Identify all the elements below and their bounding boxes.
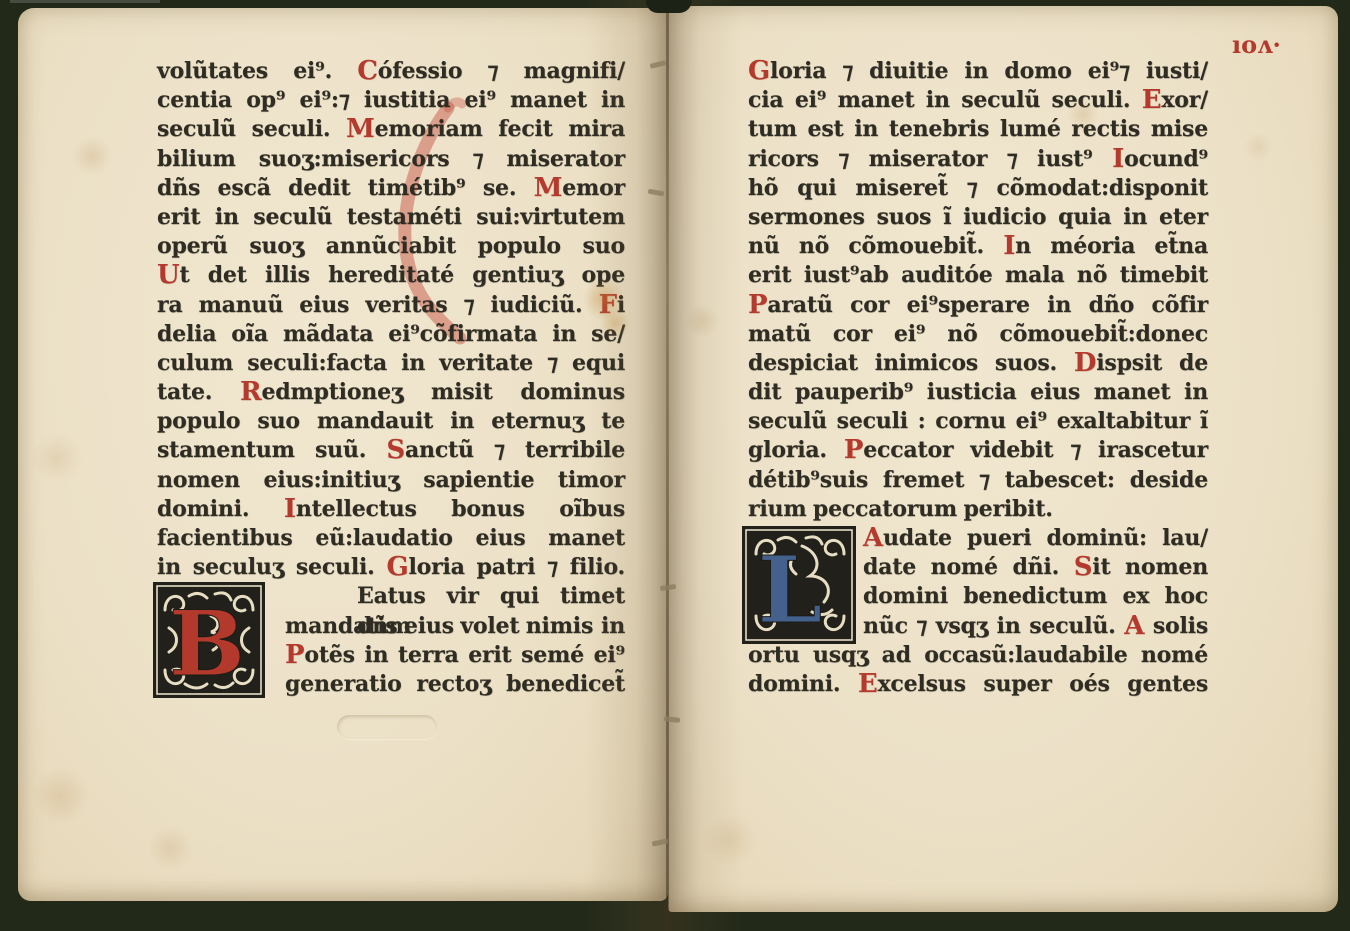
text-line: tum est in tenebris lumé rectis mise (748, 115, 1208, 144)
woodcut-initial-B: B (153, 582, 265, 698)
text-segment: hõ qui miseret̃ ⁊ cõmodat:disponit (748, 175, 1208, 201)
text-line: facientibus eũ:laudatio eius manet (157, 524, 625, 553)
text-line: delia oĩa mãdata ei⁹cõfirmata in se/ (157, 320, 625, 349)
rubric-initial: I (284, 494, 296, 524)
text-line: despiciat inimicos suos. Dispsit de (748, 349, 1208, 378)
rubric-initial: G (748, 56, 770, 86)
foxing-stain (30, 432, 84, 484)
text-line: hõ qui miseret̃ ⁊ cõmodat:disponit (748, 174, 1208, 203)
text-segment: nũc ⁊ vsqʒ in seculũ. (863, 613, 1124, 639)
text-line: ortu usqʒ ad occasũ:laudabile nomé (748, 641, 1208, 670)
text-line: erit in seculũ testaméti sui:virtutem (157, 203, 625, 232)
text-segment: rium peccatorum peribit. (748, 496, 1053, 522)
rubric-initial: P (285, 640, 304, 670)
woodcut-initial-L: L (742, 526, 856, 644)
text-segment: ntellectus bonus oĩbus (296, 496, 625, 522)
text-segment: ra manuũ eius veritas ⁊ iudiciũ. (157, 292, 599, 318)
text-segment: operũ suoʒ annũciabit populo suo (157, 233, 625, 259)
text-line: populo suo mandauit in eternuʒ te (157, 407, 625, 436)
text-segment: otẽs in terra erit semé ei⁹ (304, 642, 625, 668)
rubric-initial: A (1124, 611, 1144, 641)
text-line: bilium suoʒ:misericors ⁊ miserator (157, 145, 625, 174)
text-segment: despiciat inimicos suos. (748, 350, 1074, 376)
rubric-initial: F (599, 290, 617, 320)
text-segment: nomen eius:initiuʒ sapientie timor (157, 467, 625, 493)
text-segment: ricors ⁊ miserator ⁊ iust⁹ (748, 146, 1112, 172)
text-line: stamentum suũ. Sanctũ ⁊ terribile (157, 436, 625, 465)
text-segment: n méoria et̃na (1015, 233, 1208, 259)
book-scan: volũtates ei⁹. Cófessio ⁊ magnifi/centia… (0, 0, 1350, 931)
rubric-initial: E (1142, 85, 1162, 115)
text-line: operũ suoʒ annũciabit populo suo (157, 232, 625, 261)
text-line: erit iust⁹ab auditóe mala nõ timebit (748, 261, 1208, 290)
blind-stamp (337, 715, 437, 739)
rubric-initial: U (157, 260, 179, 290)
text-segment: populo suo mandauit in eternuʒ te (157, 408, 625, 434)
rubric-initial: E (858, 669, 878, 699)
text-segment: culum seculi:facta in veritate ⁊ equi (157, 350, 625, 376)
binding-notch (646, 0, 692, 13)
rubric-initial: P (748, 290, 767, 320)
text-line: domini. Intellectus bonus oĩbus (157, 495, 625, 524)
rubric-initial: D (1074, 348, 1096, 378)
text-segment: volũtates ei⁹. (157, 58, 357, 84)
text-line: sermones suos ĩ iudicio quia in eter (748, 203, 1208, 232)
text-line: volũtates ei⁹. Cófessio ⁊ magnifi/ (157, 57, 625, 86)
text-line: centia op⁹ ei⁹:⁊ iustitia ei⁹ manet in (157, 86, 625, 115)
text-segment: t det illis hereditaté gentiuʒ ope (179, 262, 625, 288)
text-segment: matũ cor ei⁹ nõ cõmouebit̃:donec (748, 321, 1208, 347)
text-segment: edmptioneʒ misit dominus (261, 379, 625, 405)
text-segment: emor (562, 175, 625, 201)
text-line: détib⁹suis fremet ⁊ tabescet: deside (748, 466, 1208, 495)
rubric-initial: I (1003, 231, 1015, 261)
text-segment: domini benedictum ex hoc (863, 583, 1208, 609)
text-segment: it nomen (1092, 554, 1208, 580)
text-segment: i (617, 292, 625, 318)
text-segment: cia ei⁹ manet in seculũ seculi. (748, 87, 1142, 113)
text-line: nũ nõ cõmouebit̃. In méoria et̃na (748, 232, 1208, 261)
text-line: Ut det illis hereditaté gentiuʒ ope (157, 261, 625, 290)
initial-letter-B: B (169, 591, 245, 697)
rubric-initial: A (863, 523, 883, 553)
foxing-stain (30, 768, 90, 824)
text-segment: gloria. (748, 437, 844, 463)
rubric-initial: M (346, 114, 375, 144)
text-line: nomen eius:initiuʒ sapientie timor (157, 466, 625, 495)
text-line: Gloria ⁊ diuitie in domo ei⁹⁊ iusti/ (748, 57, 1208, 86)
text-line: rium peccatorum peribit. (748, 495, 1208, 524)
text-line: in seculuʒ seculi. Gloria patri ⁊ filio. (157, 553, 625, 582)
text-segment: mandatis eius volet nimis (285, 613, 593, 639)
text-segment: sermones suos ĩ iudicio quia in eter (748, 204, 1208, 230)
foxing-stain (70, 136, 114, 176)
text-segment: eccator videbit ⁊ irascetur (863, 437, 1208, 463)
text-segment: domini. (157, 496, 284, 522)
rubric-initial: P (844, 435, 863, 465)
text-line: domini. Excelsus super oés gentes (748, 670, 1208, 699)
text-segment: generatio rectoʒ benedicet̃ (285, 671, 625, 697)
scanner-edge-artifact (10, 0, 160, 3)
text-segment: date nomé dñi. (863, 554, 1074, 580)
text-line: dit pauperib⁹ iusticia eius manet in (748, 378, 1208, 407)
left-page: volũtates ei⁹. Cófessio ⁊ magnifi/centia… (18, 8, 668, 901)
text-segment: dit pauperib⁹ iusticia eius manet in (748, 379, 1208, 405)
text-segment: seculũ seculi : cornu ei⁹ exaltabitur ĩ (748, 408, 1208, 434)
text-segment: aratũ cor ei⁹sperare in dño cõfir (767, 292, 1208, 318)
text-segment: seculũ seculi. (157, 116, 346, 142)
rubric-initial: G (386, 552, 408, 582)
text-segment: ocund⁹ (1124, 146, 1208, 172)
text-segment: xcelsus super oés gentes (878, 671, 1209, 697)
text-segment: anctũ ⁊ terribile (405, 437, 625, 463)
text-segment: ortu usqʒ ad occasũ:laudabile nomé (748, 642, 1208, 668)
text-line: seculũ seculi. Memoriam fecit mira (157, 115, 625, 144)
text-line: ricors ⁊ miserator ⁊ iust⁹ Iocund⁹ (748, 145, 1208, 174)
rubric-initial: S (1074, 552, 1093, 582)
text-segment: in seculuʒ seculi. (157, 554, 386, 580)
text-segment: delia oĩa mãdata ei⁹cõfirmata in se/ (157, 321, 625, 347)
right-page: ıoʌ· Gloria ⁊ diuitie in domo ei⁹⁊ iusti… (668, 6, 1338, 912)
foxing-stain (1242, 132, 1274, 162)
text-segment: ispsit de (1096, 350, 1208, 376)
text-segment: loria patri ⁊ filio. (408, 554, 625, 580)
foxing-stain (702, 814, 758, 866)
rubric-initial: I (1112, 144, 1124, 174)
text-segment: emoriam fecit mira (375, 116, 625, 142)
text-line: gloria. Peccator videbit ⁊ irascetur (748, 436, 1208, 465)
rubric-initial: S (386, 435, 405, 465)
text-segment: détib⁹suis fremet ⁊ tabescet: deside (748, 467, 1208, 493)
text-segment: centia op⁹ ei⁹:⁊ iustitia ei⁹ manet in (157, 87, 625, 113)
text-segment: ófessio ⁊ magnifi/ (378, 58, 625, 84)
text-segment: nũ nõ cõmouebit̃. (748, 233, 1003, 259)
text-segment: tum est in tenebris lumé rectis mise (748, 116, 1208, 142)
text-segment: solis (1144, 613, 1208, 639)
text-segment: udate pueri dominũ: lau/ (883, 525, 1208, 551)
text-line: cia ei⁹ manet in seculũ seculi. Exor/ (748, 86, 1208, 115)
rubric-initial: R (240, 377, 261, 407)
binding-crease (666, 0, 669, 931)
text-line: dñs escã dedit timétib⁹ se. Memor (157, 174, 625, 203)
foxing-stain (684, 304, 720, 338)
text-segment: dñs escã dedit timétib⁹ se. (157, 175, 534, 201)
text-segment: xor/ (1161, 87, 1208, 113)
text-line: matũ cor ei⁹ nõ cõmouebit̃:donec (748, 320, 1208, 349)
text-segment: bilium suoʒ:misericors ⁊ miserator (157, 146, 625, 172)
text-segment: loria ⁊ diuitie in domo ei⁹⁊ iusti/ (770, 58, 1208, 84)
folio-number: ıoʌ· (1232, 30, 1281, 59)
text-line: seculũ seculi : cornu ei⁹ exaltabitur ĩ (748, 407, 1208, 436)
text-segment: domini. (748, 671, 858, 697)
text-segment: stamentum suũ. (157, 437, 386, 463)
text-segment: erit iust⁹ab auditóe mala nõ timebit (748, 262, 1208, 288)
text-line: tate. Redmptioneʒ misit dominus (157, 378, 625, 407)
text-segment: erit in seculũ testaméti sui:virtutem (157, 204, 625, 230)
text-line: Paratũ cor ei⁹sperare in dño cõfir (748, 291, 1208, 320)
rubric-initial: M (534, 173, 563, 203)
text-segment: facientibus eũ:laudatio eius manet (157, 525, 625, 551)
text-line: culum seculi:facta in veritate ⁊ equi (157, 349, 625, 378)
foxing-stain (146, 826, 194, 870)
text-segment: tate. (157, 379, 240, 405)
text-line: ra manuũ eius veritas ⁊ iudiciũ. Fi (157, 291, 625, 320)
initial-letter-L: L (758, 536, 823, 644)
rubric-initial: C (357, 56, 378, 86)
